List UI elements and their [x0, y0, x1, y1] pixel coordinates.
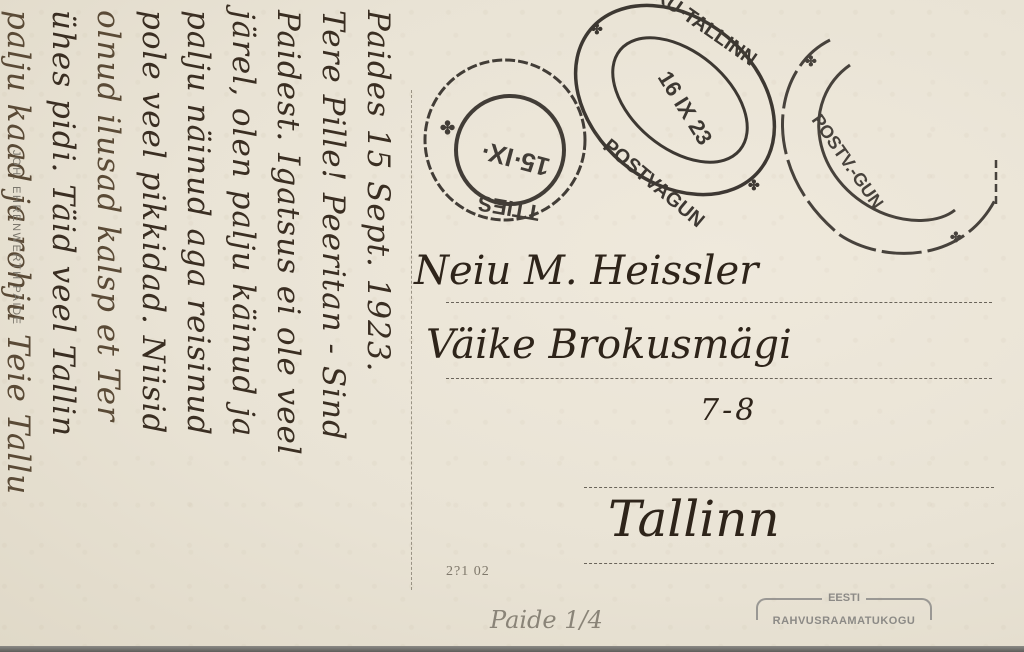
partial-railway-postmark: POSTV.-GUN ✤ ✤ — [783, 40, 997, 253]
house-number: 7-8 — [700, 393, 757, 428]
svg-text:✤: ✤ — [805, 53, 817, 69]
printer-imprint: JOH. EHRENWERTH PAIDE — [10, 150, 22, 326]
handwritten-message: Paides 15 Sept. 1923. Tere Pille! Peerit… — [0, 10, 400, 648]
print-code: 2?1 02 — [446, 564, 490, 580]
message-line: palju näinud aga reisinud — [175, 10, 220, 648]
city-name: Tallinn — [608, 490, 780, 548]
paide-postmark: TTIES 15·IX· ✤ — [425, 60, 585, 226]
message-line: Paidest. Igatsus ei ole veel — [265, 10, 310, 648]
message-line: Paides 15 Sept. 1923. — [355, 10, 400, 648]
message-line: olnud ilusad kalsp et Ter — [85, 10, 130, 648]
message-line: ühes pidi. Täid veel Tallin — [40, 10, 85, 648]
postcard: Paides 15 Sept. 1923. Tere Pille! Peerit… — [0, 0, 1024, 648]
address-rule — [584, 487, 994, 488]
railway-postmark-top: KU-TALLINN — [650, 0, 761, 71]
svg-text:✤: ✤ — [748, 177, 760, 193]
scan-edge — [0, 646, 1024, 652]
message-line: Tere Pille! Peeritan - Sind — [310, 10, 355, 648]
message-line: järel, olen palju käinud ja — [220, 10, 265, 648]
address-rule — [446, 378, 992, 379]
paide-postmark-text: TTIES — [476, 190, 542, 225]
message-line: pole veel pikkidad. Niisid — [130, 10, 175, 648]
svg-text:✤: ✤ — [440, 118, 455, 138]
library-stamp-bottom: RAHVUSRAAMATUKOGU — [752, 615, 936, 627]
railway-postmark: KU-TALLINN POSTVAGUN 16 IX 23 ✤ ✤ — [538, 0, 812, 234]
railway-postmark-bottom: POSTVAGUN — [598, 135, 708, 232]
library-stamp: EESTI RAHVUSRAAMATUKOGU — [752, 592, 936, 640]
library-stamp-top: EESTI — [822, 592, 866, 604]
pencil-note: Paide 1/4 — [490, 606, 603, 634]
recipient-name: Neiu M. Heissler — [414, 248, 758, 294]
paide-postmark-date: 15·IX· — [477, 135, 553, 182]
center-divider — [411, 90, 412, 590]
railway-postmark-date: 16 IX 23 — [653, 67, 718, 150]
message-line: palju kaad ja rohju Teie Tallu — [0, 10, 40, 648]
partial-postmark-text: POSTV.-GUN — [808, 111, 888, 213]
address-rule — [446, 302, 992, 303]
svg-text:✤: ✤ — [591, 21, 603, 37]
svg-text:✤: ✤ — [950, 229, 962, 245]
street-address: Väike Brokusmägi — [426, 322, 792, 368]
address-rule — [584, 563, 994, 564]
